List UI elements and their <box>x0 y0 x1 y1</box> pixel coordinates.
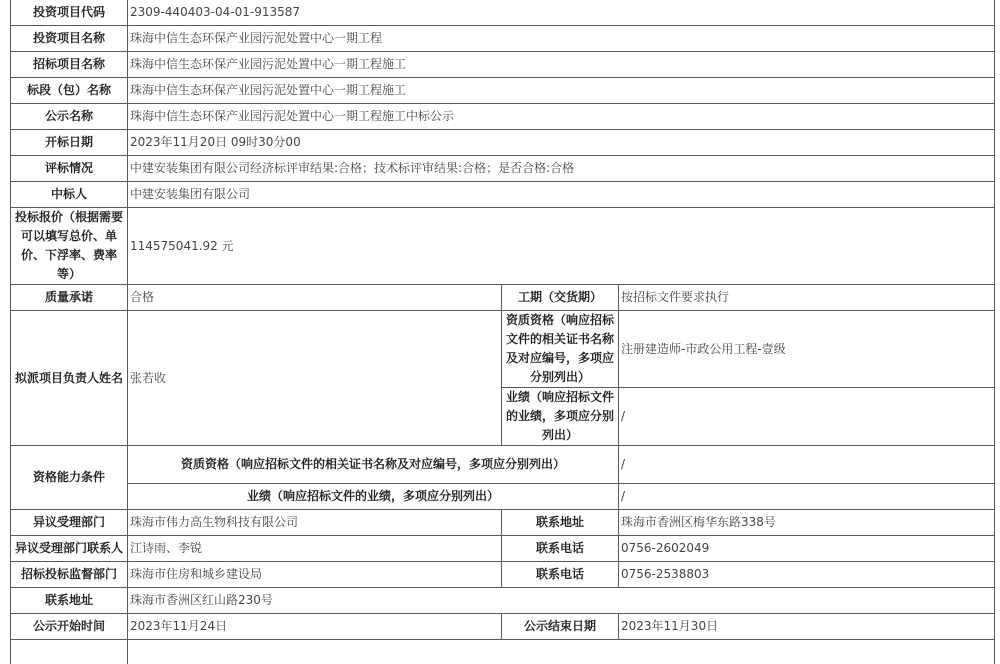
empty-cell <box>128 640 995 664</box>
table-row <box>11 640 995 664</box>
table-row: 资格能力条件 资质资格（响应招标文件的相关证书名称及对应编号，多项应分别列出） … <box>11 446 995 484</box>
duration-value: 按招标文件要求执行 <box>619 285 995 311</box>
supervisor-dept-label: 招标投标监督部门 <box>11 562 128 588</box>
table-row: 招标投标监督部门 珠海市住房和城乡建设局 联系电话 0756-2538803 <box>11 562 995 588</box>
winner-value: 中建安装集团有限公司 <box>128 182 995 208</box>
objection-phone-value: 0756-2602049 <box>619 536 995 562</box>
table-row: 拟派项目负责人姓名 张若收 资质资格（响应招标文件的相关证书名称及对应编号，多项… <box>11 311 995 388</box>
manager-performance-label: 业绩（响应招标文件的业绩，多项应分别列出） <box>502 388 619 446</box>
bid-opening-date-label: 开标日期 <box>11 130 128 156</box>
objection-address-value: 珠海市香洲区梅华东路338号 <box>619 510 995 536</box>
capability-label: 资格能力条件 <box>11 446 128 510</box>
quality-label: 质量承诺 <box>11 285 128 311</box>
table-row: 公示开始时间 2023年11月24日 公示结束日期 2023年11月30日 <box>11 614 995 640</box>
table-row: 招标项目名称 珠海中信生态环保产业园污泥处置中心一期工程施工 <box>11 52 995 78</box>
capability-qualification-value: / <box>619 446 995 484</box>
supervisor-address-label: 联系地址 <box>11 588 128 614</box>
manager-performance-value: / <box>619 388 995 446</box>
manager-name-label: 拟派项目负责人姓名 <box>11 311 128 446</box>
table-row: 投资项目代码 2309-440403-04-01-913587 <box>11 0 995 26</box>
evaluation-label: 评标情况 <box>11 156 128 182</box>
quality-value: 合格 <box>128 285 502 311</box>
winner-label: 中标人 <box>11 182 128 208</box>
empty-cell <box>11 640 128 664</box>
objection-dept-value: 珠海市伟力高生物科技有限公司 <box>128 510 502 536</box>
table-row: 异议受理部门 珠海市伟力高生物科技有限公司 联系地址 珠海市香洲区梅华东路338… <box>11 510 995 536</box>
bid-price-label: 投标报价（根据需要可以填写总价、单价、下浮率、费率等） <box>11 208 128 285</box>
capability-qualification-label: 资质资格（响应招标文件的相关证书名称及对应编号，多项应分别列出） <box>128 446 619 484</box>
supervisor-phone-label: 联系电话 <box>502 562 619 588</box>
table-row: 投资项目名称 珠海中信生态环保产业园污泥处置中心一期工程 <box>11 26 995 52</box>
section-name-label: 标段（包）名称 <box>11 78 128 104</box>
project-code-label: 投资项目代码 <box>11 0 128 26</box>
tender-project-name-label: 招标项目名称 <box>11 52 128 78</box>
notice-end-value: 2023年11月30日 <box>619 614 995 640</box>
table-row: 评标情况 中建安装集团有限公司经济标评审结果:合格；技术标评审结果:合格；是否合… <box>11 156 995 182</box>
table-row: 公示名称 珠海中信生态环保产业园污泥处置中心一期工程施工中标公示 <box>11 104 995 130</box>
evaluation-value: 中建安装集团有限公司经济标评审结果:合格；技术标评审结果:合格；是否合格:合格 <box>128 156 995 182</box>
objection-phone-label: 联系电话 <box>502 536 619 562</box>
notice-end-label: 公示结束日期 <box>502 614 619 640</box>
supervisor-address-value: 珠海市香洲区红山路230号 <box>128 588 995 614</box>
manager-qualification-label: 资质资格（响应招标文件的相关证书名称及对应编号，多项应分别列出） <box>502 311 619 388</box>
project-name-value: 珠海中信生态环保产业园污泥处置中心一期工程 <box>128 26 995 52</box>
objection-contact-value: 江诗雨、李锐 <box>128 536 502 562</box>
notice-start-value: 2023年11月24日 <box>128 614 502 640</box>
table-row: 开标日期 2023年11月20日 09时30分00 <box>11 130 995 156</box>
objection-contact-label: 异议受理部门联系人 <box>11 536 128 562</box>
supervisor-dept-value: 珠海市住房和城乡建设局 <box>128 562 502 588</box>
supervisor-phone-value: 0756-2538803 <box>619 562 995 588</box>
duration-label: 工期（交货期） <box>502 285 619 311</box>
manager-qualification-value: 注册建造师-市政公用工程-壹级 <box>619 311 995 388</box>
capability-performance-value: / <box>619 484 995 510</box>
table-row: 投标报价（根据需要可以填写总价、单价、下浮率、费率等） 114575041.92… <box>11 208 995 285</box>
project-code-value: 2309-440403-04-01-913587 <box>128 0 995 26</box>
tender-project-name-value: 珠海中信生态环保产业园污泥处置中心一期工程施工 <box>128 52 995 78</box>
table-row: 中标人 中建安装集团有限公司 <box>11 182 995 208</box>
objection-dept-label: 异议受理部门 <box>11 510 128 536</box>
award-notice-table: 投资项目代码 2309-440403-04-01-913587 投资项目名称 珠… <box>10 0 995 664</box>
bid-price-value: 114575041.92 元 <box>128 208 995 285</box>
manager-name-value: 张若收 <box>128 311 502 446</box>
project-name-label: 投资项目名称 <box>11 26 128 52</box>
objection-address-label: 联系地址 <box>502 510 619 536</box>
table-row: 标段（包）名称 珠海中信生态环保产业园污泥处置中心一期工程施工 <box>11 78 995 104</box>
capability-performance-label: 业绩（响应招标文件的业绩，多项应分别列出） <box>128 484 619 510</box>
notice-name-value: 珠海中信生态环保产业园污泥处置中心一期工程施工中标公示 <box>128 104 995 130</box>
bid-opening-date-value: 2023年11月20日 09时30分00 <box>128 130 995 156</box>
notice-name-label: 公示名称 <box>11 104 128 130</box>
section-name-value: 珠海中信生态环保产业园污泥处置中心一期工程施工 <box>128 78 995 104</box>
table-row: 质量承诺 合格 工期（交货期） 按招标文件要求执行 <box>11 285 995 311</box>
notice-start-label: 公示开始时间 <box>11 614 128 640</box>
table-row: 异议受理部门联系人 江诗雨、李锐 联系电话 0756-2602049 <box>11 536 995 562</box>
table-row: 联系地址 珠海市香洲区红山路230号 <box>11 588 995 614</box>
table-row: 业绩（响应招标文件的业绩，多项应分别列出） / <box>11 484 995 510</box>
